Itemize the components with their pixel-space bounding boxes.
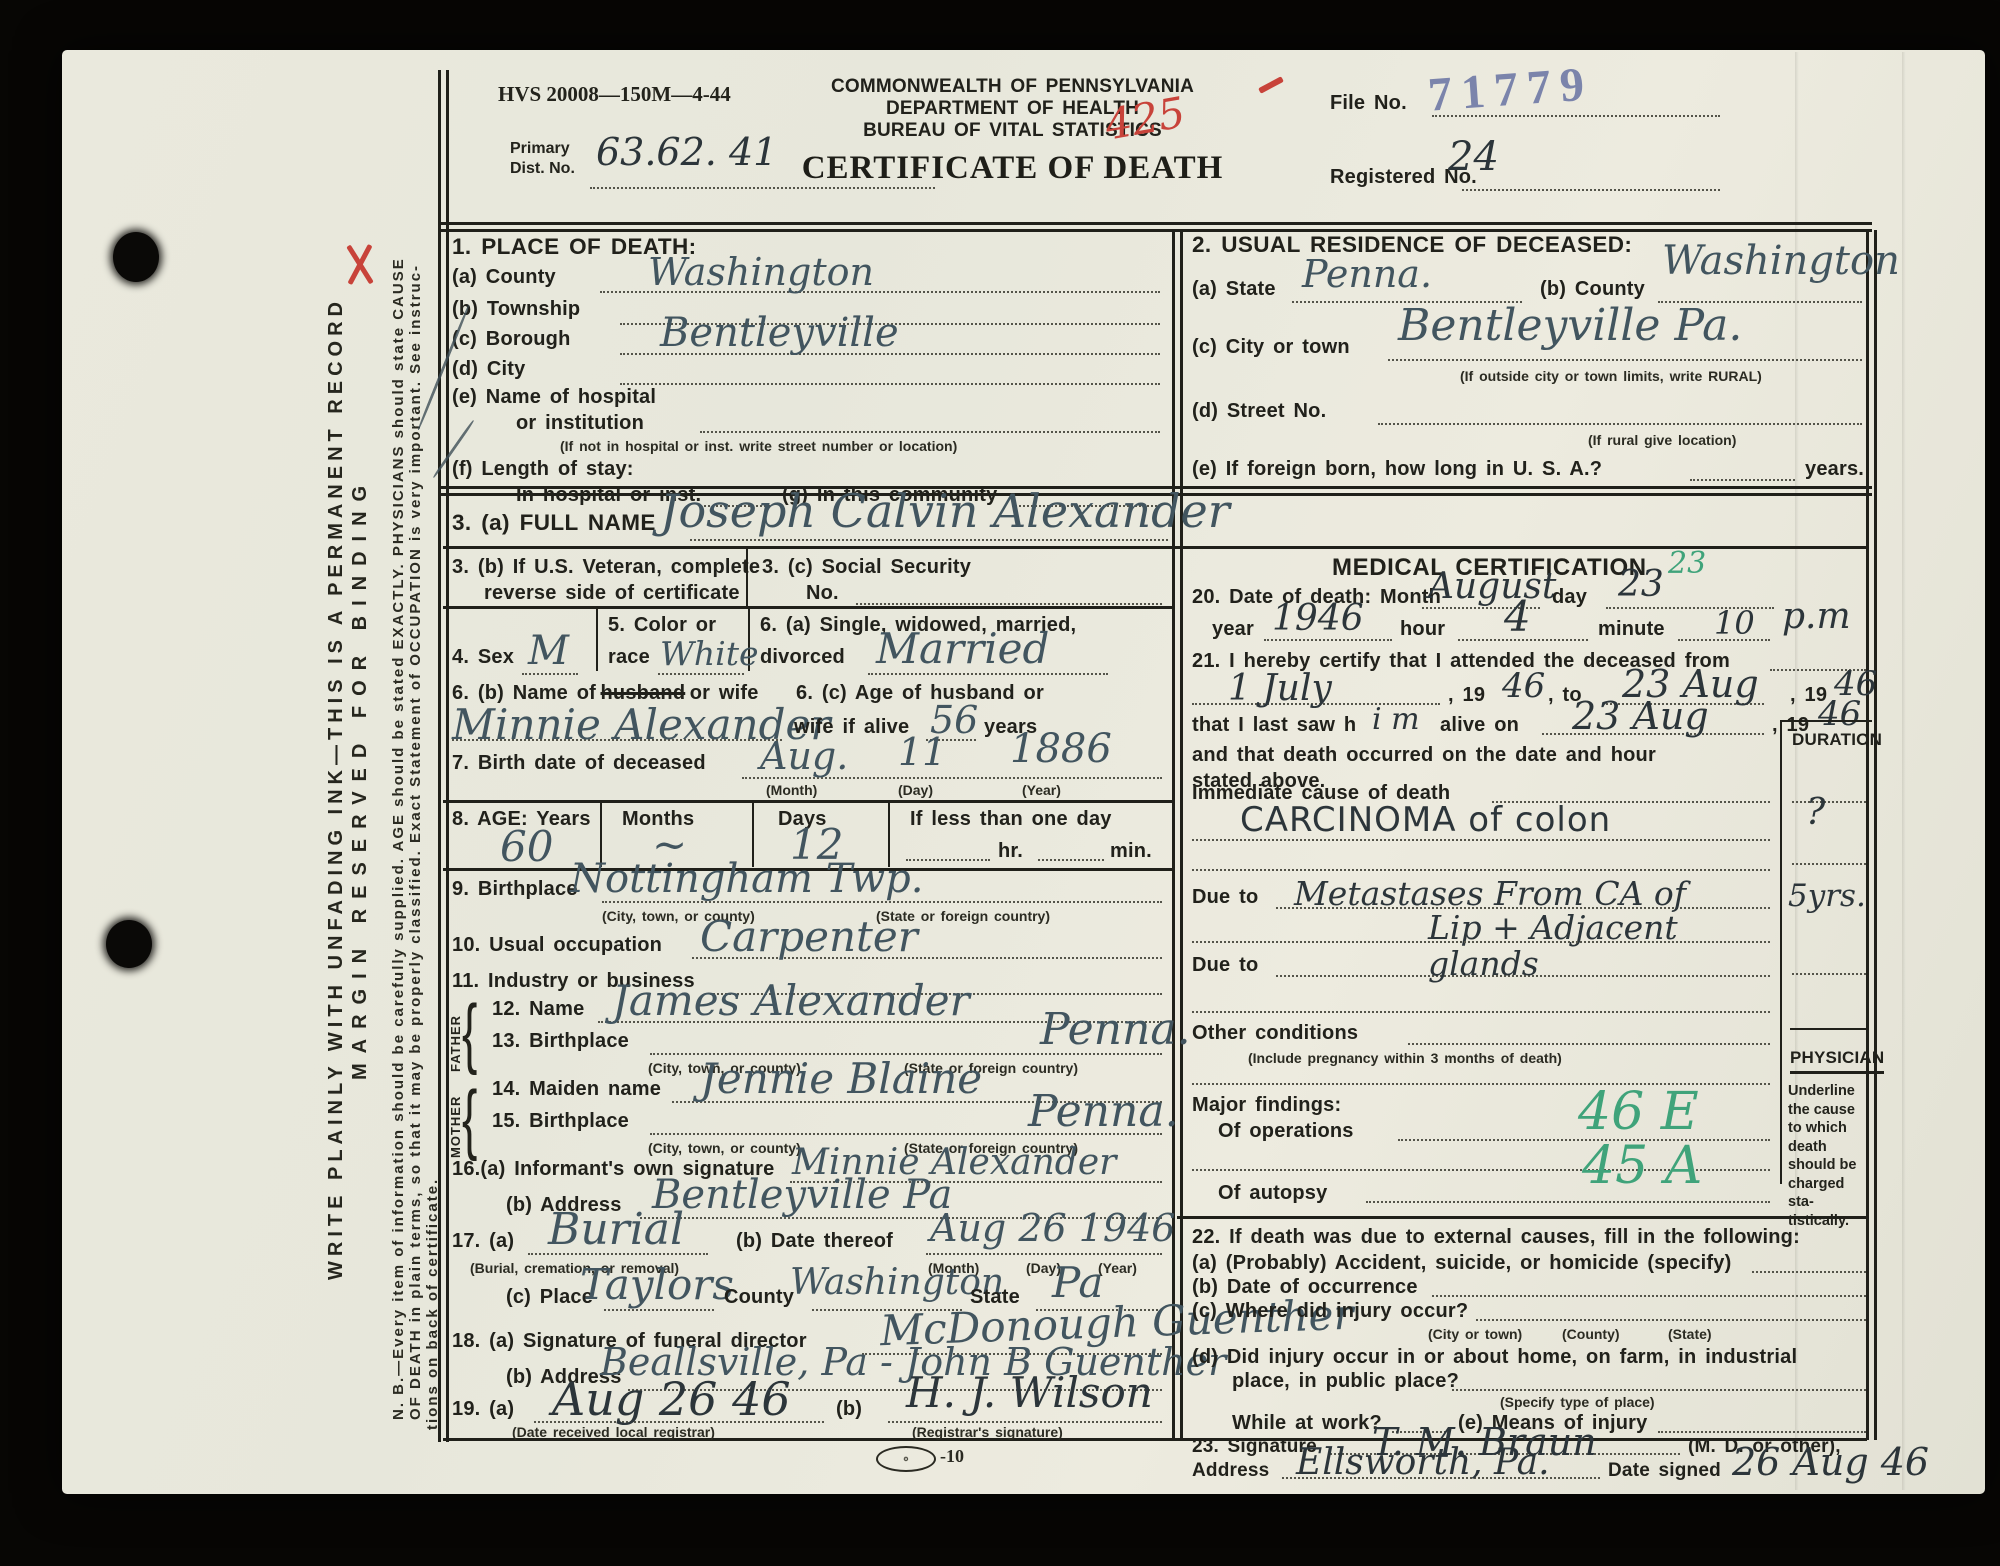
death-minute-label: minute [1598,618,1665,641]
duration-label: DURATION [1792,730,1882,750]
duration-line-2 [1792,862,1866,865]
injury-home-label-1: (d) Did injury occur in or about home, o… [1192,1346,1797,1369]
divorced-label: divorced [760,646,845,669]
burial-county-label: County [724,1286,794,1309]
duration-line-3 [1792,972,1866,975]
occurrence-date-label: (b) Date of occurrence [1192,1276,1418,1299]
due-to-1-duration: 5yrs. [1788,878,1866,914]
from-19-label: , 19 [1448,684,1485,707]
age-years-value: 60 [500,822,553,871]
immediate-duration-value: ? [1806,792,1825,833]
printer-union-bug: ⚙ [876,1446,936,1472]
father-name-label: 12. Name [492,998,584,1021]
punch-hole [113,232,159,282]
hr-label: hr. [998,840,1023,863]
of-operations-value: 46 E [1578,1082,1699,1142]
rule [443,606,1172,609]
while-at-work-label: While at work? [1232,1412,1382,1435]
residence-county-value: Washington [1662,238,1900,284]
cell-divider [746,549,748,606]
last-saw-fill-value: i m [1372,702,1420,737]
death-hour-value: 4 [1504,592,1531,641]
residence-county-label: (b) County [1540,278,1645,301]
where-injury-label: (c) Where did injury occur? [1192,1300,1468,1323]
race-label: race [608,646,650,669]
form-right-border [1866,230,1877,1440]
occupation-label: 10. Usual occupation [452,934,662,957]
veteran-label-2: reverse side of certificate [484,582,740,605]
hospital-note: (If not in hospital or inst. write stree… [560,438,957,454]
alive-on-label: alive on [1440,714,1519,737]
city-town-value: Bentleyville Pa. [1398,300,1742,351]
death-ampm-value: p.m [1782,596,1851,637]
year-caption: (Year) [1022,782,1061,798]
duration-box-left [1780,720,1782,1184]
received-caption: (Date received local registrar) [512,1424,715,1440]
death-day-label: day [1552,586,1587,609]
father-brace: { [462,986,477,1078]
death-year-value: 1946 [1272,598,1364,639]
birth-date-label: 7. Birth date of deceased [452,752,706,775]
other-conditions-note: (Include pregnancy within 3 months of de… [1248,1050,1562,1066]
foreign-born-line [1690,478,1795,481]
injury-home-line [1452,1388,1866,1391]
occupation-value: Carpenter [700,912,918,961]
state-label: (a) State [1192,278,1276,301]
sex-label: 4. Sex [452,646,514,669]
birthplace-value: Nottingham Twp. [570,856,923,902]
hospital-label-2: or institution [516,412,644,435]
dist-no-value: 63.62. 41 [596,130,777,174]
paper-crease [1902,52,1906,1490]
other-conditions-line [1408,1042,1770,1045]
cause-blank-line-2 [1192,1010,1770,1013]
due-to-2-value: glands [1428,944,1539,983]
injury-city-caption: (City or town) [1428,1326,1522,1342]
where-injury-line [1476,1318,1866,1321]
of-autopsy-value: 45 A [1582,1136,1702,1196]
ssn-line [856,602,1162,605]
hospital-label-1: (e) Name of hospital [452,386,656,409]
birth-day-value: 11 [898,730,946,774]
file-no-stamp: 71779 [1426,56,1594,122]
physician-label: PHYSICIAN [1790,1048,1884,1074]
day-caption: (Day) [898,782,933,798]
last-saw-value: 23 Aug [1572,694,1709,738]
of-operations-label: Of operations [1218,1120,1354,1143]
scanned-death-certificate: WRITE PLAINLY WITH UNFADING INK—THIS IS … [0,0,2000,1566]
date-thereof-line [926,1252,1162,1255]
rule [1177,1216,1867,1219]
city-town-label: (c) City or town [1192,336,1350,359]
mother-maiden-label: 14. Maiden name [492,1078,661,1101]
physician-address-label: Address [1192,1460,1269,1482]
mother-maiden-value: Jennie Blaine [700,1054,982,1103]
last-saw-label: that I last saw h [1192,714,1356,737]
green-pencil-note: 23 [1668,546,1706,581]
column-divider [1172,230,1183,1440]
township-label: (b) Township [452,298,580,321]
full-name-line [690,538,1168,541]
rule [443,546,1867,549]
due-to-1-label: Due to [1192,886,1258,909]
month-caption: (Month) [766,782,817,798]
margin-note-nb-line1: N. B.—Every item of information should b… [390,90,407,1420]
cell-divider [596,609,598,671]
ssn-label-2: No. [806,582,839,605]
registrar-sig-label: (b) [836,1398,862,1421]
due-to-1-line-2 [1192,940,1770,943]
cause-blank-line [1192,868,1770,871]
burial-place-value: Taylors [580,1260,734,1309]
accident-label: (a) (Probably) Accident, suicide, or hom… [1192,1252,1731,1275]
of-autopsy-line [1366,1200,1770,1203]
street-label: (d) Street No. [1192,400,1326,423]
from-year-value: 46 [1502,666,1545,706]
street-note: (If rural give location) [1588,432,1736,448]
registered-no-value: 24 [1448,134,1499,180]
form-left-border [438,70,449,1442]
state-value: Penna. [1302,252,1432,296]
registrar-caption: (Registrar's signature) [912,1424,1063,1440]
informant-address-value: Bentleyville Pa [652,1172,952,1218]
margin-note-write-plainly: WRITE PLAINLY WITH UNFADING INK—THIS IS … [325,270,348,1280]
less-than-day-label: If less than one day [910,808,1112,831]
immediate-cause-value: CARCINOMA of colon [1240,800,1611,840]
full-name-value: Joseph Calvin Alexander [660,484,1230,538]
dist-no-label: Dist. No. [510,160,575,178]
full-name-label: 3. (a) FULL NAME [452,510,656,536]
injury-county-caption: (County) [1562,1326,1620,1342]
hospital-line [700,430,1160,433]
father-birthplace-value: Penna. [1040,1004,1191,1055]
min-line [1038,858,1104,861]
injury-state-caption: (State) [1668,1326,1712,1342]
death-month-value: August [1428,566,1556,607]
parents-note-3: (City, town, or county) [648,1140,801,1156]
registered-no-line [1462,188,1720,191]
death-day-value: 23 [1618,564,1664,605]
death-hour-label: hour [1400,618,1445,641]
birth-year-value: 1886 [1010,726,1112,772]
primary-label: Primary [510,140,570,158]
veteran-label-1: 3. (b) If U.S. Veteran, complete [452,556,760,579]
date-thereof-value: Aug 26 1946 [930,1206,1175,1250]
race-value: White [660,634,759,673]
major-findings-label: Major findings: [1192,1094,1341,1117]
duration-line-1 [1792,800,1866,803]
sex-value: M [528,628,569,674]
stay-label: (f) Length of stay: [452,458,634,481]
of-autopsy-label: Of autopsy [1218,1182,1327,1205]
county-value: Washington [648,250,874,294]
thereof-year-caption: (Year) [1098,1260,1137,1276]
date-signed-label: Date signed [1608,1460,1721,1482]
birth-month-value: Aug. [760,734,848,778]
date-signed-value: 26 Aug 46 [1732,1440,1929,1484]
margin-note-reserved-binding: MARGIN RESERVED FOR BINDING [349,450,372,1080]
registrar-sig-value: H. J. Wilson [906,1368,1153,1417]
registrar-sig-line [888,1420,1162,1423]
external-causes-title: 22. If death was due to external causes,… [1192,1226,1800,1249]
father-birthplace-label: 13. Birthplace [492,1030,629,1053]
means-of-injury-line [1658,1430,1866,1433]
rule [443,800,1172,803]
foreign-born-label: (e) If foreign born, how long in U. S. A… [1192,458,1602,481]
father-name-value: James Alexander [612,976,970,1025]
marital-value: Married [876,624,1049,673]
header-divider [438,222,1872,232]
death-minute-value: 10 [1714,604,1755,642]
injury-home-label-2: place, in public place? [1232,1370,1459,1393]
plate-number: -10 [940,1446,964,1467]
date-thereof-label: (b) Date thereof [736,1230,893,1253]
dist-no-line [590,186,935,189]
city-line [620,382,1160,385]
received-value: Aug 26 46 [552,1372,791,1426]
disposal-value: Burial [548,1204,684,1255]
file-no-label: File No. [1330,92,1407,115]
physician-address-value: Ellsworth, Pa. [1296,1442,1550,1483]
death-year-label: year [1212,618,1254,641]
years-label: years. [1805,458,1864,481]
min-label: min. [1110,840,1152,863]
other-conditions-label: Other conditions [1192,1022,1358,1045]
saw-year-value: 46 [1818,694,1861,734]
duration-box-top [1780,720,1872,722]
birthplace-label: 9. Birthplace [452,878,578,901]
punch-hole [106,920,152,968]
physician-note: Underline the cause to which death shoul… [1788,1082,1872,1230]
immediate-cause-line-b [1192,838,1770,841]
ssn-label-1: 3. (c) Social Security [762,556,971,579]
margin-note-nb-line2: OF DEATH in plain terms, so that it may … [407,90,424,1420]
mother-birthplace-value: Penna. [1028,1086,1179,1137]
city-town-note: (If outside city or town limits, write R… [1460,368,1762,384]
borough-value: Bentleyville [660,310,899,356]
place-type-caption: (Specify type of place) [1500,1394,1655,1410]
certificate-title: CERTIFICATE OF DEATH [780,150,1245,187]
received-label: 19. (a) [452,1398,514,1421]
duration-end-line [1790,1028,1868,1030]
disposal-label: 17. (a) [452,1230,514,1253]
father-vertical-label: FATHER [448,1000,463,1072]
mother-brace: { [462,1072,477,1164]
occurrence-date-line [1432,1294,1866,1297]
due-to-2-label: Due to [1192,954,1258,977]
form-number: HVS 20008—150M—4-44 [498,82,731,107]
city-town-line [1388,358,1862,361]
accident-line [1752,1270,1866,1273]
spouse-age-label: 6. (c) Age of husband or [796,682,1044,705]
city-label: (d) City [452,358,525,381]
mother-birthplace-label: 15. Birthplace [492,1110,629,1133]
mother-vertical-label: MOTHER [448,1082,463,1158]
attended-from-value: 1 July [1228,668,1332,709]
borough-label: (c) Borough [452,328,571,351]
county-label: (a) County [452,266,556,289]
death-occurred-label-1: and that death occurred on the date and … [1192,744,1656,767]
street-line [1378,422,1862,425]
